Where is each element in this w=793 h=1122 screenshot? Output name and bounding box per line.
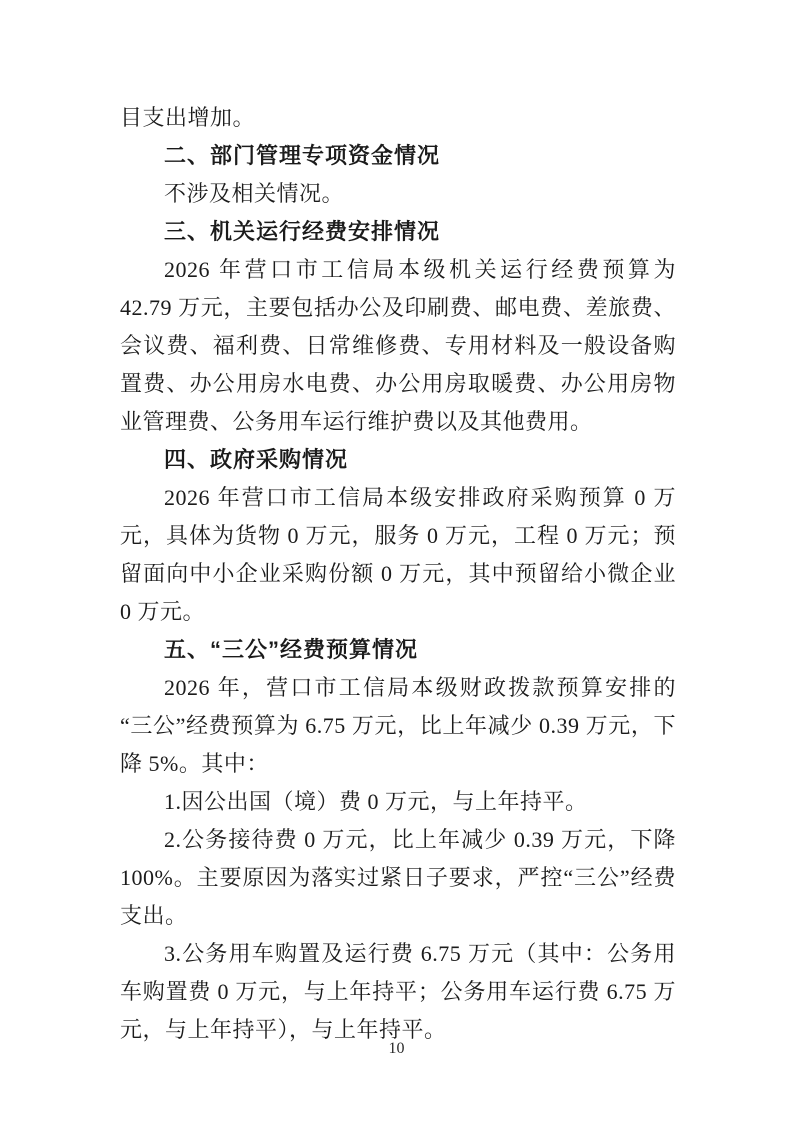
- section-heading-4: 四、政府采购情况: [120, 441, 676, 479]
- document-page: 目支出增加。 二、部门管理专项资金情况 不涉及相关情况。 三、机关运行经费安排情…: [0, 0, 793, 1122]
- page-number: 10: [0, 1040, 793, 1058]
- paragraph-section-5-item-3: 3.公务用车购置及运行费 6.75 万元（其中：公务用车购置费 0 万元，与上年…: [120, 935, 676, 1049]
- paragraph-section-2: 不涉及相关情况。: [120, 175, 676, 213]
- document-body: 目支出增加。 二、部门管理专项资金情况 不涉及相关情况。 三、机关运行经费安排情…: [120, 99, 676, 1049]
- section-heading-3: 三、机关运行经费安排情况: [120, 213, 676, 251]
- paragraph-section-3: 2026 年营口市工信局本级机关运行经费预算为 42.79 万元，主要包括办公及…: [120, 251, 676, 441]
- section-heading-2: 二、部门管理专项资金情况: [120, 137, 676, 175]
- paragraph-section-4: 2026 年营口市工信局本级安排政府采购预算 0 万元，具体为货物 0 万元，服…: [120, 479, 676, 631]
- paragraph-section-5-item-1: 1.因公出国（境）费 0 万元，与上年持平。: [120, 783, 676, 821]
- section-heading-5: 五、“三公”经费预算情况: [120, 631, 676, 669]
- paragraph-section-5-item-2: 2.公务接待费 0 万元，比上年减少 0.39 万元，下降 100%。主要原因为…: [120, 821, 676, 935]
- paragraph-section-5-intro: 2026 年，营口市工信局本级财政拨款预算安排的 “三公”经费预算为 6.75 …: [120, 669, 676, 783]
- paragraph-continuation: 目支出增加。: [120, 99, 676, 137]
